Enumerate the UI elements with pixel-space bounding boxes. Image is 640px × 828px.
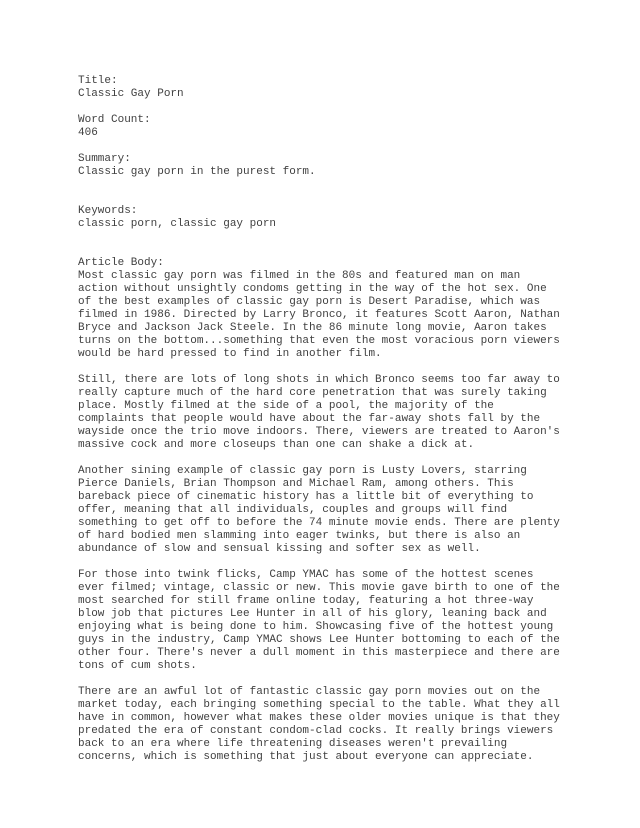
- article-paragraph: For those into twink flicks, Camp YMAC h…: [78, 569, 600, 673]
- word-count-value: 406: [78, 127, 600, 140]
- article-paragraph: Another sining example of classic gay po…: [78, 465, 600, 556]
- article-paragraph: Most classic gay porn was filmed in the …: [78, 270, 600, 361]
- title-value: Classic Gay Porn: [78, 88, 600, 101]
- keywords-field: Keywords: classic porn, classic gay porn: [78, 205, 600, 231]
- article-paragraph: There are an awful lot of fantastic clas…: [78, 686, 600, 764]
- article-body-section: Article Body: Most classic gay porn was …: [78, 257, 600, 764]
- article-paragraph: Still, there are lots of long shots in w…: [78, 374, 600, 452]
- summary-value: Classic gay porn in the purest form.: [78, 166, 600, 179]
- keywords-value: classic porn, classic gay porn: [78, 218, 600, 231]
- title-field: Title: Classic Gay Porn: [78, 75, 600, 101]
- word-count-field: Word Count: 406: [78, 114, 600, 140]
- article-body-label: Article Body:: [78, 257, 600, 270]
- word-count-label: Word Count:: [78, 114, 600, 127]
- keywords-label: Keywords:: [78, 205, 600, 218]
- document-page: Title: Classic Gay Porn Word Count: 406 …: [0, 0, 640, 828]
- title-label: Title:: [78, 75, 600, 88]
- summary-label: Summary:: [78, 153, 600, 166]
- summary-field: Summary: Classic gay porn in the purest …: [78, 153, 600, 179]
